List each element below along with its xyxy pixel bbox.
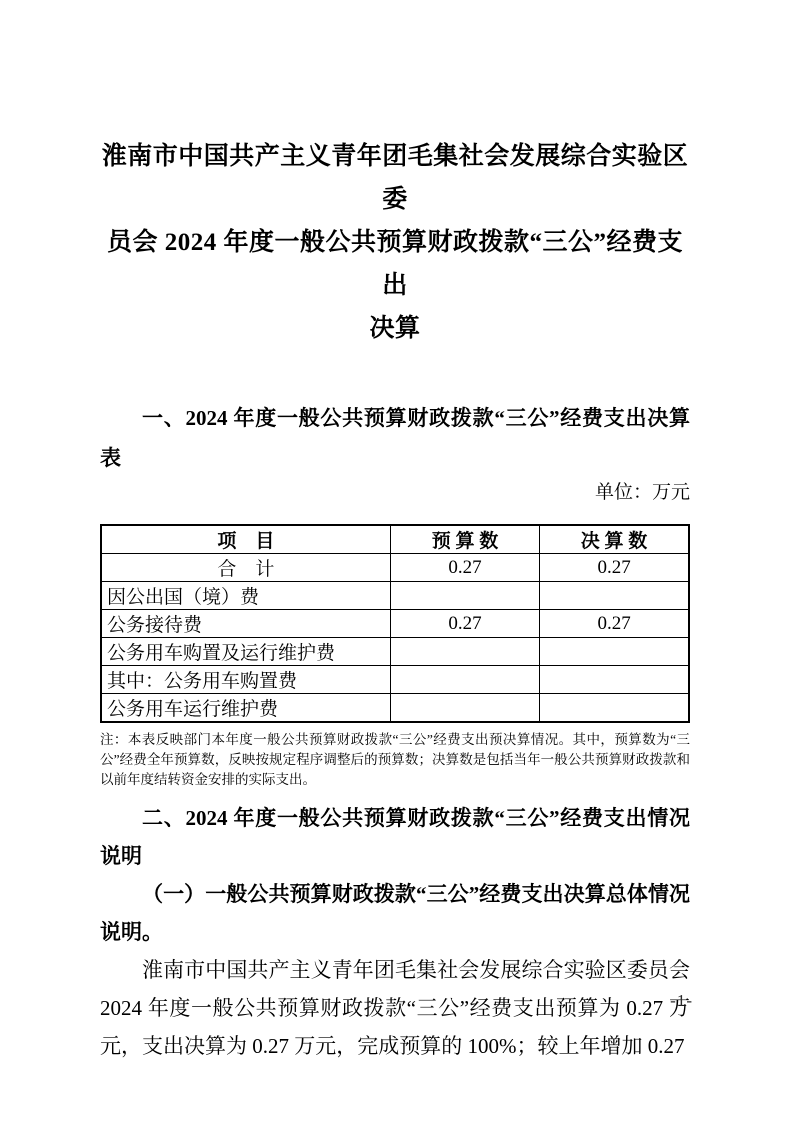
table-row-vehicle-operation: 公务用车运行维护费 xyxy=(101,694,689,723)
table-cell-item: 公务接待费 xyxy=(101,610,390,638)
table-cell-final: 0.27 xyxy=(540,554,689,582)
table-cell-item: 合 计 xyxy=(101,554,390,582)
table-header-budget: 预 算 数 xyxy=(390,525,539,554)
table-row-vehicle-total: 公务用车购置及运行维护费 xyxy=(101,638,689,666)
table-cell-budget xyxy=(390,582,539,610)
table-row-vehicle-purchase: 其中：公务用车购置费 xyxy=(101,666,689,694)
page-number: -1- xyxy=(670,991,693,1011)
table-row-abroad-expense: 因公出国（境）费 xyxy=(101,582,689,610)
table-cell-final xyxy=(540,582,689,610)
table-cell-budget xyxy=(390,694,539,723)
document-title: 淮南市中国共产主义青年团毛集社会发展综合实验区委 员会 2024 年度一般公共预… xyxy=(100,135,690,350)
section-2-sub-1-heading: （一）一般公共预算财政拨款“三公”经费支出决算总体情况说明。 xyxy=(100,875,690,951)
table-header-item: 项 目 xyxy=(101,525,390,554)
table-unit-label: 单位：万元 xyxy=(100,478,690,508)
table-footnote: 注：本表反映部门本年度一般公共预算财政拨款“三公”经费支出预决算情况。其中，预算… xyxy=(100,730,690,790)
table-cell-budget xyxy=(390,666,539,694)
table-cell-item: 公务用车运行维护费 xyxy=(101,694,390,723)
table-cell-final xyxy=(540,666,689,694)
table-cell-final xyxy=(540,638,689,666)
document-page: 淮南市中国共产主义青年团毛集社会发展综合实验区委 员会 2024 年度一般公共预… xyxy=(0,0,793,1122)
table-cell-final xyxy=(540,694,689,723)
section-2-paragraph: 淮南市中国共产主义青年团毛集社会发展综合实验区委员会 2024 年度一般公共预算… xyxy=(100,951,690,1065)
document-title-line-3: 决算 xyxy=(100,307,690,350)
table-cell-final: 0.27 xyxy=(540,610,689,638)
table-header-row: 项 目 预 算 数 决 算 数 xyxy=(101,525,689,554)
section-1-heading: 一、2024 年度一般公共预算财政拨款“三公”经费支出决算表 xyxy=(100,398,690,478)
document-title-line-1: 淮南市中国共产主义青年团毛集社会发展综合实验区委 xyxy=(100,135,690,221)
table-cell-item: 公务用车购置及运行维护费 xyxy=(101,638,390,666)
table-cell-item: 其中：公务用车购置费 xyxy=(101,666,390,694)
table-row-total: 合 计 0.27 0.27 xyxy=(101,554,689,582)
document-title-line-2: 员会 2024 年度一般公共预算财政拨款“三公”经费支出 xyxy=(100,221,690,307)
table-cell-budget xyxy=(390,638,539,666)
table-cell-budget: 0.27 xyxy=(390,554,539,582)
section-2-heading: 二、2024 年度一般公共预算财政拨款“三公”经费支出情况说明 xyxy=(100,799,690,875)
table-header-final: 决 算 数 xyxy=(540,525,689,554)
table-cell-budget: 0.27 xyxy=(390,610,539,638)
table-cell-item: 因公出国（境）费 xyxy=(101,582,390,610)
three-public-expense-table: 项 目 预 算 数 决 算 数 合 计 0.27 0.27 因公出国（境）费 公… xyxy=(100,524,690,723)
table-row-reception-expense: 公务接待费 0.27 0.27 xyxy=(101,610,689,638)
